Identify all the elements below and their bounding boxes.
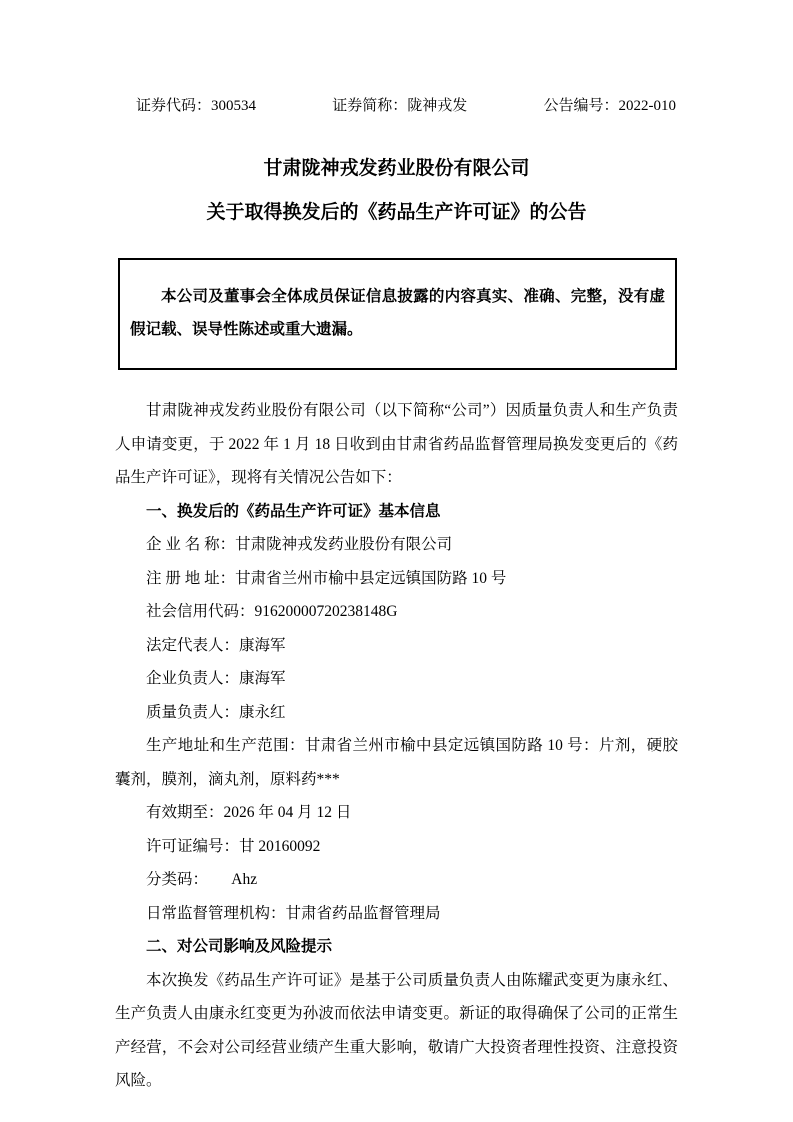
announcement-number-label: 公告编号： bbox=[543, 98, 618, 114]
field-label: 有效期至： bbox=[146, 804, 224, 821]
announcement-title: 关于取得换发后的《药品生产许可证》的公告 bbox=[115, 199, 678, 226]
field-label: 许可证编号： bbox=[146, 838, 239, 855]
field-label: 质量负责人： bbox=[146, 704, 239, 721]
field-label: 分类码： bbox=[146, 871, 231, 888]
company-title: 甘肃陇神戎发药业股份有限公司 bbox=[115, 155, 678, 182]
field-value: 康永红 bbox=[239, 704, 286, 721]
field-classification-code: 分类码： Ahz bbox=[115, 863, 678, 897]
field-label: 注 册 地 址： bbox=[146, 570, 235, 587]
intro-paragraph: 甘肃陇神戎发药业股份有限公司（以下简称“公司”）因质量负责人和生产负责人申请变更… bbox=[115, 394, 678, 495]
field-label: 社会信用代码： bbox=[146, 603, 255, 620]
field-label: 企 业 名 称： bbox=[146, 536, 235, 553]
field-value: 2026 年 04 月 12 日 bbox=[224, 804, 352, 821]
page-content: 证券代码：300534 证券简称：陇神戎发 公告编号：2022-010 甘肃陇神… bbox=[0, 0, 793, 1098]
stock-code-label: 证券代码： bbox=[136, 98, 211, 114]
field-value: 甘肃陇神戎发药业股份有限公司 bbox=[235, 536, 452, 553]
disclaimer-text: 本公司及董事会全体成员保证信息披露的内容真实、准确、完整，没有虚假记载、误导性陈… bbox=[130, 280, 665, 347]
field-value: 91620000720238148G bbox=[255, 603, 398, 620]
field-quality-head: 质量负责人：康永红 bbox=[115, 696, 678, 730]
field-valid-until: 有效期至：2026 年 04 月 12 日 bbox=[115, 796, 678, 830]
stock-name-label: 证券简称： bbox=[332, 98, 407, 114]
disclaimer-box: 本公司及董事会全体成员保证信息披露的内容真实、准确、完整，没有虚假记载、误导性陈… bbox=[118, 258, 677, 370]
securities-header-row: 证券代码：300534 证券简称：陇神戎发 公告编号：2022-010 bbox=[115, 0, 678, 117]
field-enterprise-name: 企 业 名 称：甘肃陇神戎发药业股份有限公司 bbox=[115, 528, 678, 562]
announcement-page: 证券代码：300534 证券简称：陇神戎发 公告编号：2022-010 甘肃陇神… bbox=[0, 0, 793, 1122]
stock-name-value: 陇神戎发 bbox=[407, 98, 467, 114]
field-license-number: 许可证编号：甘 20160092 bbox=[115, 830, 678, 864]
field-registered-address: 注 册 地 址：甘肃省兰州市榆中县定远镇国防路 10 号 bbox=[115, 562, 678, 596]
field-production-address-scope: 生产地址和生产范围：甘肃省兰州市榆中县定远镇国防路 10 号：片剂，硬胶囊剂，膜… bbox=[115, 729, 678, 796]
field-social-credit-code: 社会信用代码：91620000720238148G bbox=[115, 595, 678, 629]
field-supervision-authority: 日常监督管理机构：甘肃省药品监督管理局 bbox=[115, 897, 678, 931]
field-value: Ahz bbox=[231, 871, 257, 888]
field-enterprise-head: 企业负责人：康海军 bbox=[115, 662, 678, 696]
field-value: 康海军 bbox=[239, 670, 286, 687]
field-label: 法定代表人： bbox=[146, 637, 239, 654]
announcement-body: 甘肃陇神戎发药业股份有限公司（以下简称“公司”）因质量负责人和生产负责人申请变更… bbox=[115, 394, 678, 1098]
stock-name: 证券简称：陇神戎发 bbox=[332, 95, 467, 117]
announcement-number: 公告编号：2022-010 bbox=[543, 95, 676, 117]
field-legal-representative: 法定代表人：康海军 bbox=[115, 629, 678, 663]
section2-heading: 二、对公司影响及风险提示 bbox=[115, 930, 678, 964]
field-label: 日常监督管理机构： bbox=[146, 905, 286, 922]
stock-code-value: 300534 bbox=[211, 98, 256, 114]
announcement-number-value: 2022-010 bbox=[619, 98, 677, 114]
field-value: 康海军 bbox=[239, 637, 286, 654]
field-value: 甘 20160092 bbox=[239, 838, 320, 855]
stock-code: 证券代码：300534 bbox=[136, 95, 256, 117]
field-value: 甘肃省药品监督管理局 bbox=[286, 905, 441, 922]
section2-paragraph: 本次换发《药品生产许可证》是基于公司质量负责人由陈耀武变更为康永红、生产负责人由… bbox=[115, 964, 678, 1098]
section1-heading: 一、换发后的《药品生产许可证》基本信息 bbox=[115, 495, 678, 529]
field-label: 生产地址和生产范围： bbox=[146, 737, 305, 754]
field-value: 甘肃省兰州市榆中县定远镇国防路 10 号 bbox=[235, 570, 506, 587]
field-label: 企业负责人： bbox=[146, 670, 239, 687]
